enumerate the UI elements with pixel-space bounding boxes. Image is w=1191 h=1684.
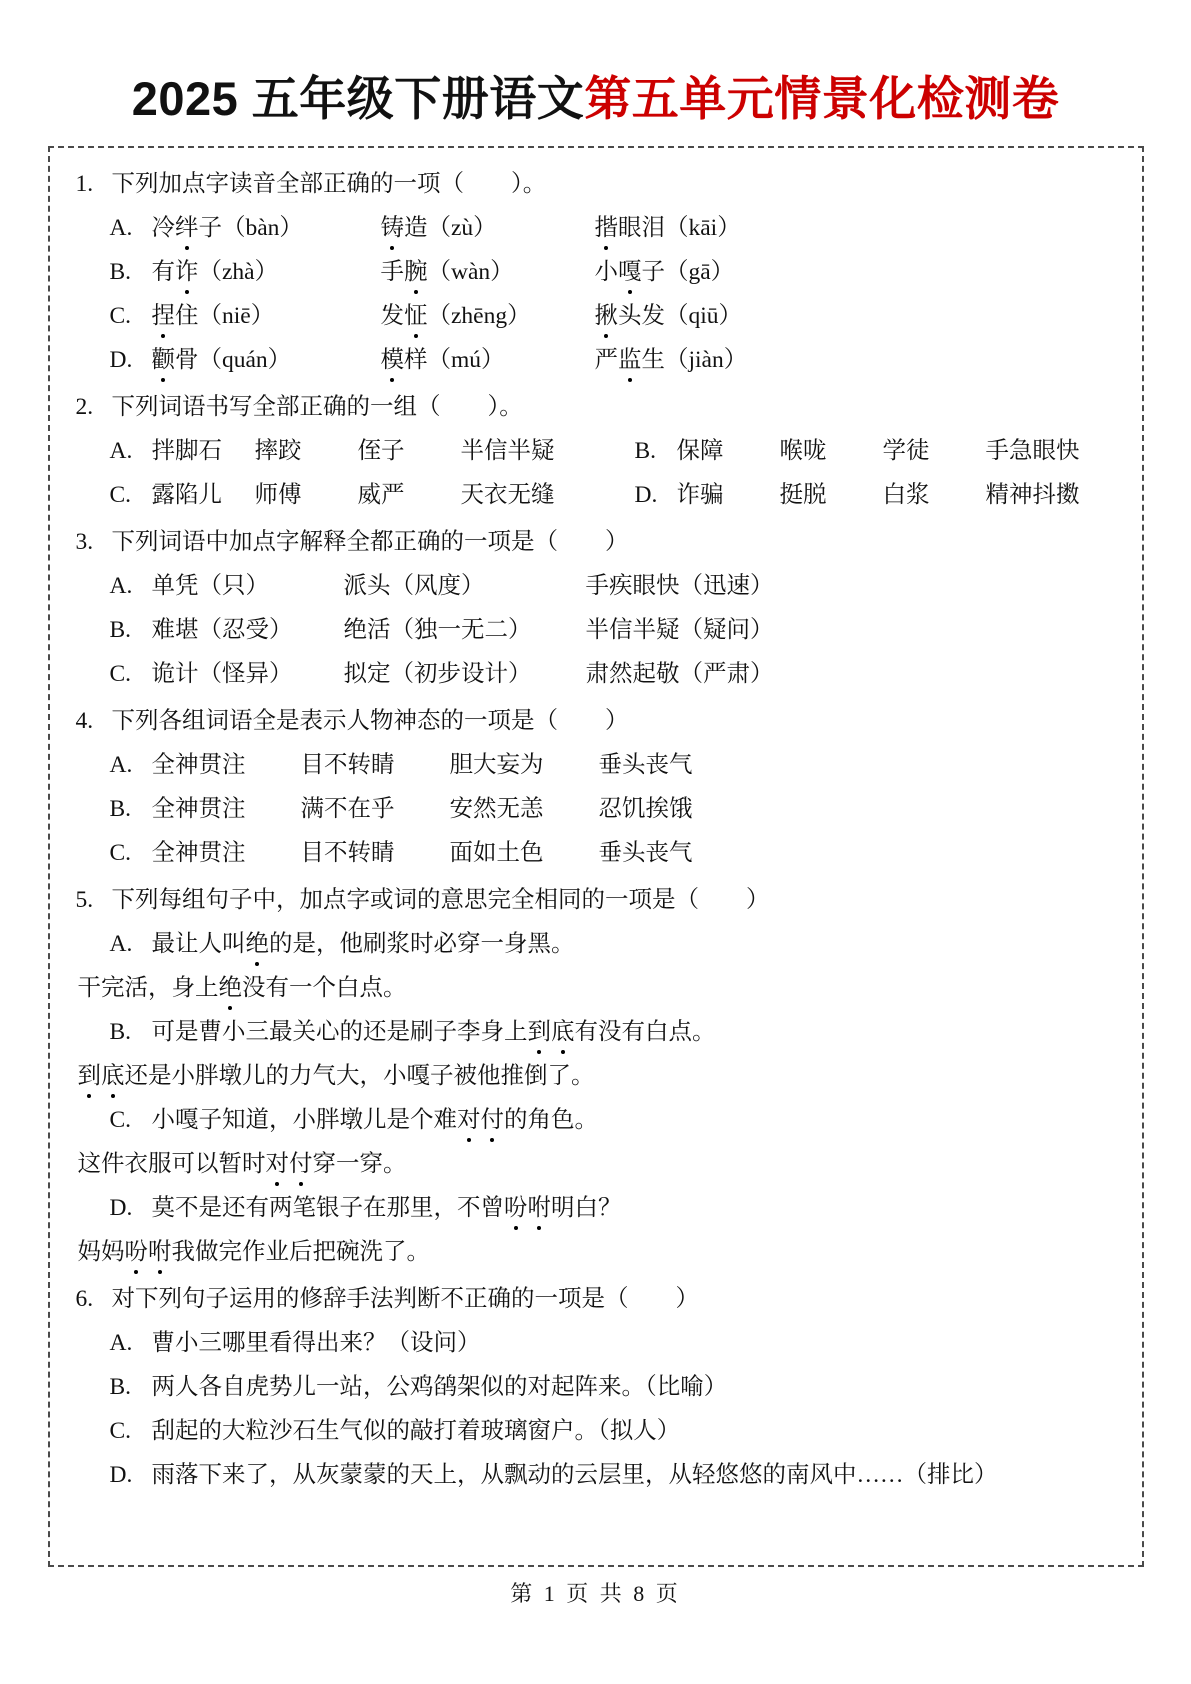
question-stem: 6.对下列句子运用的修辞手法判断不正确的一项是（ ） xyxy=(76,1277,1126,1321)
option-word: 冷绊子（bàn） xyxy=(152,213,381,243)
question-stem-text: 对下列句子运用的修辞手法判断不正确的一项是（ ） xyxy=(112,1284,1126,1314)
option-row: D.雨落下来了，从灰蒙蒙的天上，从飘动的云层里，从轻悠悠的南风中……（排比） xyxy=(76,1453,1126,1497)
question-number: 3. xyxy=(76,527,112,557)
option-word: 颧骨（quán） xyxy=(152,345,381,375)
dotted-char: 付 xyxy=(289,1149,313,1179)
option-row: B.两人各自虎势儿一站，公鸡鹐架似的对起阵来。（比喻） xyxy=(76,1365,1126,1409)
option-label: D. xyxy=(110,345,152,375)
question-stem: 5.下列每组句子中，加点字或词的意思完全相同的一项是（ ） xyxy=(76,878,1126,922)
option-word: 揩眼泪（kāi） xyxy=(595,213,1126,243)
page-title-black: 2025 五年级下册语文 xyxy=(132,72,585,125)
exam-paper-border: 1.下列加点字读音全部正确的一项（ ）。A.冷绊子（bàn）铸造（zù）揩眼泪（… xyxy=(48,146,1144,1567)
question-block: 2.下列词语书写全部正确的一组（ ）。A.拌脚石摔跤侄子半信半疑B.保障喉咙学徒… xyxy=(76,385,1126,517)
option-continuation: 干完活，身上绝没有一个白点。 xyxy=(76,966,1126,1010)
option-row: A.冷绊子（bàn）铸造（zù）揩眼泪（kāi） xyxy=(76,206,1126,250)
option-word: 捏住（niē） xyxy=(152,301,381,331)
option-label: C. xyxy=(110,838,152,868)
dotted-char: 腕 xyxy=(404,257,428,287)
dotted-char: 监 xyxy=(618,345,642,375)
question-stem: 1.下列加点字读音全部正确的一项（ ）。 xyxy=(76,162,1126,206)
option-row: B.有诈（zhà）手腕（wàn）小嘎子（gā） xyxy=(76,250,1126,294)
option-row: A.单凭（只）派头（风度）手疾眼快（迅速） xyxy=(76,564,1126,608)
option-row: B.难堪（忍受）绝活（独一无二）半信半疑（疑问） xyxy=(76,608,1126,652)
question-number: 2. xyxy=(76,392,112,422)
option-word: 学徒 xyxy=(883,436,986,466)
option-word: 全神贯注 xyxy=(152,838,301,868)
option-row: C.诡计（怪异）拟定（初步设计）肃然起敬（严肃） xyxy=(76,652,1126,696)
option-row: C.小嘎子知道，小胖墩儿是个难对付的角色。 xyxy=(76,1098,1126,1142)
option-row: C.捏住（niē）发怔（zhēng）揪头发（qiū） xyxy=(76,294,1126,338)
dotted-char: 嘎 xyxy=(618,257,642,287)
option-word: 全神贯注 xyxy=(152,794,301,824)
question-stem-text: 下列词语中加点字解释全都正确的一项是（ ） xyxy=(112,527,1126,557)
option-text: 可是曹小三最关心的还是刷子李身上到底有没有白点。 xyxy=(152,1017,716,1047)
dotted-char: 怔 xyxy=(404,301,428,331)
option-text: 小嘎子知道，小胖墩儿是个难对付的角色。 xyxy=(152,1105,599,1135)
option-word: 有诈（zhà） xyxy=(152,257,381,287)
option-word: 面如土色 xyxy=(450,838,599,868)
option-text: 最让人叫绝的是，他刷浆时必穿一身黑。 xyxy=(152,929,575,959)
option-group: D.诈骗挺脱白浆精神抖擞 xyxy=(635,480,1126,510)
option-label: B. xyxy=(110,615,152,645)
option-word: 绝活（独一无二） xyxy=(344,615,586,645)
option-word: 忍饥挨饿 xyxy=(599,794,1126,824)
dotted-char: 捏 xyxy=(152,301,176,331)
page-footer: 第 1 页 共 8 页 xyxy=(0,1577,1191,1608)
option-word: 胆大妄为 xyxy=(450,750,599,780)
option-word: 白浆 xyxy=(883,480,986,510)
question-number: 4. xyxy=(76,706,112,736)
option-word: 铸造（zù） xyxy=(381,213,595,243)
dotted-char: 颧 xyxy=(152,345,176,375)
option-word: 目不转睛 xyxy=(301,838,450,868)
option-label: C. xyxy=(110,659,152,689)
option-label: B. xyxy=(110,794,152,824)
dotted-char: 对 xyxy=(266,1149,290,1179)
question-number: 6. xyxy=(76,1284,112,1314)
page-title: 2025 五年级下册语文第五单元情景化检测卷 xyxy=(0,72,1191,126)
option-word: 手腕（wàn） xyxy=(381,257,595,287)
option-continuation: 妈妈吩咐我做完作业后把碗洗了。 xyxy=(76,1230,1126,1274)
question-stem: 3.下列词语中加点字解释全都正确的一项是（ ） xyxy=(76,520,1126,564)
dotted-char: 到 xyxy=(528,1017,552,1047)
option-word: 手疾眼快（迅速） xyxy=(586,571,1126,601)
question-block: 5.下列每组句子中，加点字或词的意思完全相同的一项是（ ）A.最让人叫绝的是，他… xyxy=(76,878,1126,1274)
option-word: 全神贯注 xyxy=(152,750,301,780)
option-word: 挺脱 xyxy=(780,480,883,510)
option-row: D.颧骨（quán）模样（mú）严监生（jiàn） xyxy=(76,338,1126,382)
question-stem-text: 下列各组词语全是表示人物神态的一项是（ ） xyxy=(112,706,1126,736)
option-label: C. xyxy=(110,301,152,331)
option-word: 手急眼快 xyxy=(986,436,1126,466)
option-continuation: 到底还是小胖墩儿的力气大，小嘎子被他推倒了。 xyxy=(76,1054,1126,1098)
option-word: 摔跤 xyxy=(255,436,358,466)
option-word: 目不转睛 xyxy=(301,750,450,780)
option-label: B. xyxy=(635,436,677,466)
dotted-char: 诈 xyxy=(175,257,199,287)
option-word: 威严 xyxy=(358,480,461,510)
option-row: A.曹小三哪里看得出来？（设问） xyxy=(76,1321,1126,1365)
question-block: 3.下列词语中加点字解释全都正确的一项是（ ）A.单凭（只）派头（风度）手疾眼快… xyxy=(76,520,1126,696)
option-group: B.保障喉咙学徒手急眼快 xyxy=(635,436,1126,466)
option-label: C. xyxy=(110,1416,152,1446)
option-row: A.全神贯注目不转睛胆大妄为垂头丧气 xyxy=(76,743,1126,787)
option-word: 师傅 xyxy=(255,480,358,510)
option-text: 两人各自虎势儿一站，公鸡鹐架似的对起阵来。（比喻） xyxy=(152,1372,728,1402)
option-word: 拟定（初步设计） xyxy=(344,659,586,689)
option-row: C.刮起的大粒沙石生气似的敲打着玻璃窗户。（拟人） xyxy=(76,1409,1126,1453)
question-block: 6.对下列句子运用的修辞手法判断不正确的一项是（ ）A.曹小三哪里看得出来？（设… xyxy=(76,1277,1126,1497)
question-block: 4.下列各组词语全是表示人物神态的一项是（ ）A.全神贯注目不转睛胆大妄为垂头丧… xyxy=(76,699,1126,875)
question-block: 1.下列加点字读音全部正确的一项（ ）。A.冷绊子（bàn）铸造（zù）揩眼泪（… xyxy=(76,162,1126,382)
dotted-char: 到 xyxy=(78,1061,102,1091)
page-title-red: 第五单元情景化检测卷 xyxy=(584,72,1059,125)
option-group: A.拌脚石摔跤侄子半信半疑 xyxy=(110,436,635,466)
option-group: C.露陷儿师傅威严天衣无缝 xyxy=(110,480,635,510)
option-text: 雨落下来了，从灰蒙蒙的天上，从飘动的云层里，从轻悠悠的南风中……（排比） xyxy=(152,1460,998,1490)
dotted-char: 吩 xyxy=(125,1237,149,1267)
option-label: D. xyxy=(635,480,677,510)
option-label: C. xyxy=(110,1105,152,1135)
option-text: 曹小三哪里看得出来？（设问） xyxy=(152,1328,481,1358)
question-stem-text: 下列加点字读音全部正确的一项（ ）。 xyxy=(112,169,1126,199)
dotted-char: 底 xyxy=(101,1061,125,1091)
option-word: 小嘎子（gā） xyxy=(595,257,1126,287)
option-word: 诈骗 xyxy=(677,480,780,510)
option-row: C.露陷儿师傅威严天衣无缝D.诈骗挺脱白浆精神抖擞 xyxy=(76,473,1126,517)
question-number: 5. xyxy=(76,885,112,915)
option-row: D.莫不是还有两笔银子在那里，不曾吩咐明白？ xyxy=(76,1186,1126,1230)
question-stem: 4.下列各组词语全是表示人物神态的一项是（ ） xyxy=(76,699,1126,743)
option-text: 刮起的大粒沙石生气似的敲打着玻璃窗户。（拟人） xyxy=(152,1416,681,1446)
option-row: A.最让人叫绝的是，他刷浆时必穿一身黑。 xyxy=(76,922,1126,966)
option-label: A. xyxy=(110,213,152,243)
option-label: B. xyxy=(110,1017,152,1047)
option-continuation: 这件衣服可以暂时对付穿一穿。 xyxy=(76,1142,1126,1186)
option-word: 保障 xyxy=(677,436,780,466)
dotted-char: 绝 xyxy=(219,973,243,1003)
dotted-char: 吩 xyxy=(504,1193,528,1223)
option-word: 难堪（忍受） xyxy=(152,615,344,645)
dotted-char: 绊 xyxy=(175,213,199,243)
dotted-char: 对 xyxy=(457,1105,481,1135)
option-word: 肃然起敬（严肃） xyxy=(586,659,1126,689)
dotted-char: 铸 xyxy=(381,213,405,243)
dotted-char: 付 xyxy=(481,1105,505,1135)
option-row: A.拌脚石摔跤侄子半信半疑B.保障喉咙学徒手急眼快 xyxy=(76,429,1126,473)
option-word: 垂头丧气 xyxy=(599,838,1126,868)
option-word: 露陷儿 xyxy=(152,480,255,510)
option-word: 揪头发（qiū） xyxy=(595,301,1126,331)
option-word: 侄子 xyxy=(358,436,461,466)
option-word: 垂头丧气 xyxy=(599,750,1126,780)
dotted-char: 模 xyxy=(381,345,405,375)
option-label: D. xyxy=(110,1460,152,1490)
option-word: 严监生（jiàn） xyxy=(595,345,1126,375)
option-label: A. xyxy=(110,929,152,959)
option-word: 安然无恙 xyxy=(450,794,599,824)
option-word: 拌脚石 xyxy=(152,436,255,466)
option-text: 莫不是还有两笔银子在那里，不曾吩咐明白？ xyxy=(152,1193,622,1223)
question-stem-text: 下列词语书写全部正确的一组（ ）。 xyxy=(112,392,1126,422)
dotted-char: 揪 xyxy=(595,301,619,331)
option-word: 精神抖擞 xyxy=(986,480,1126,510)
option-label: B. xyxy=(110,1372,152,1402)
option-label: C. xyxy=(110,480,152,510)
option-row: B.可是曹小三最关心的还是刷子李身上到底有没有白点。 xyxy=(76,1010,1126,1054)
question-stem: 2.下列词语书写全部正确的一组（ ）。 xyxy=(76,385,1126,429)
option-label: D. xyxy=(110,1193,152,1223)
dotted-char: 揩 xyxy=(595,213,619,243)
dotted-char: 咐 xyxy=(148,1237,172,1267)
option-label: A. xyxy=(110,571,152,601)
question-number: 1. xyxy=(76,169,112,199)
option-word: 发怔（zhēng） xyxy=(381,301,595,331)
option-word: 单凭（只） xyxy=(152,571,344,601)
option-word: 模样（mú） xyxy=(381,345,595,375)
option-word: 喉咙 xyxy=(780,436,883,466)
option-word: 半信半疑（疑问） xyxy=(586,615,1126,645)
option-label: A. xyxy=(110,1328,152,1358)
option-word: 半信半疑 xyxy=(461,436,635,466)
option-label: A. xyxy=(110,436,152,466)
option-word: 天衣无缝 xyxy=(461,480,635,510)
question-stem-text: 下列每组句子中，加点字或词的意思完全相同的一项是（ ） xyxy=(112,885,1126,915)
option-row: C.全神贯注目不转睛面如土色垂头丧气 xyxy=(76,831,1126,875)
option-label: B. xyxy=(110,257,152,287)
dotted-char: 绝 xyxy=(246,929,270,959)
option-word: 诡计（怪异） xyxy=(152,659,344,689)
option-row: B.全神贯注满不在乎安然无恙忍饥挨饿 xyxy=(76,787,1126,831)
option-label: A. xyxy=(110,750,152,780)
dotted-char: 底 xyxy=(551,1017,575,1047)
dotted-char: 咐 xyxy=(528,1193,552,1223)
option-word: 满不在乎 xyxy=(301,794,450,824)
option-word: 派头（风度） xyxy=(344,571,586,601)
questions: 1.下列加点字读音全部正确的一项（ ）。A.冷绊子（bàn）铸造（zù）揩眼泪（… xyxy=(76,162,1126,1497)
